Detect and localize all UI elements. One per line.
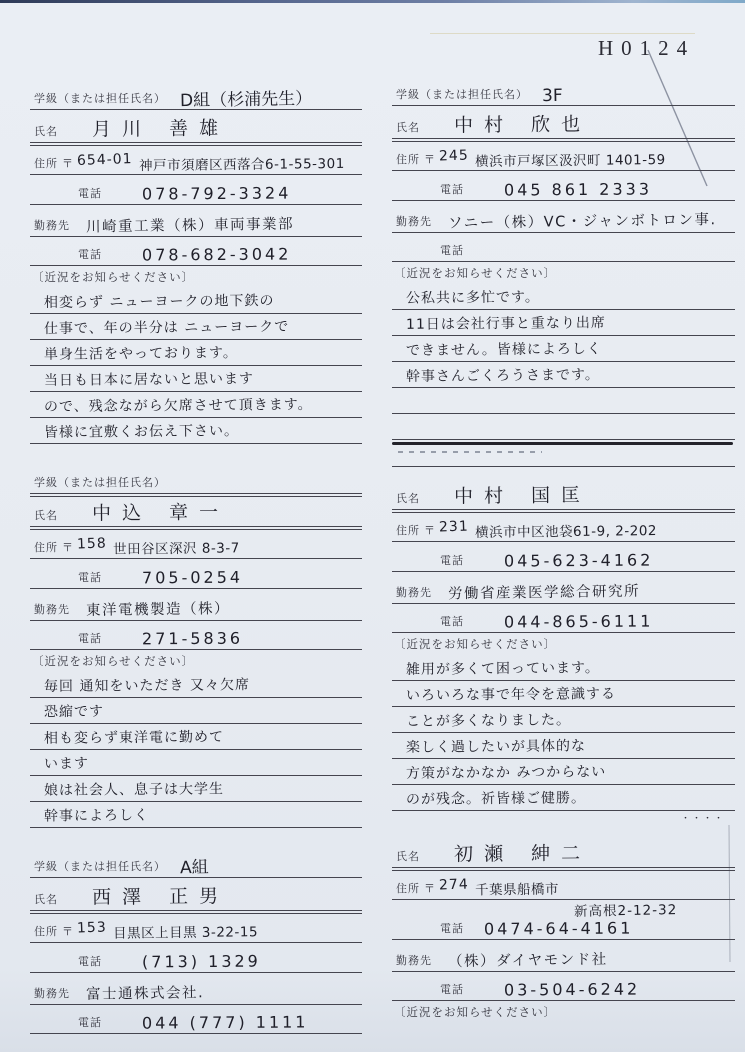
kinkyo-label: 〔近況をお知らせください〕 bbox=[392, 633, 735, 655]
phone-row: 電話新高根2-12-320474-64-4161 bbox=[392, 900, 735, 940]
phone-value: 0474-64-4161 bbox=[484, 918, 633, 938]
postal-value: 231 bbox=[439, 518, 469, 535]
kinkyo-label: 〔近況をお知らせください〕 bbox=[392, 1001, 735, 1023]
class-row: 学級（または担任氏名）A組 bbox=[30, 848, 362, 878]
name-value: 西澤 正男 bbox=[92, 881, 229, 909]
phone-row: 電話(713) 1329 bbox=[30, 943, 362, 973]
name-label: 氏名 bbox=[34, 507, 58, 525]
message-line: 単身生活をやっております。 bbox=[30, 340, 362, 366]
work-label: 勤務先 bbox=[396, 584, 432, 602]
message-text: 仕事で、年の半分は ニューヨークで bbox=[44, 316, 289, 338]
class-value: 3F bbox=[542, 86, 563, 106]
work-phone-value: 044-865-6111 bbox=[504, 611, 653, 631]
message-line: 幹事さんごくろうさまです。 bbox=[392, 362, 735, 388]
message-text: 単身生活をやっております。 bbox=[44, 342, 238, 364]
name-row: 氏名初瀬 紳二 bbox=[392, 835, 735, 868]
class-label: 学級（または担任氏名） bbox=[34, 90, 166, 108]
work-label: 勤務先 bbox=[34, 601, 70, 619]
message-text: 相変らず ニューヨークの地下鉄の bbox=[44, 290, 275, 312]
phone-label: 電話 bbox=[78, 569, 102, 587]
class-label: 学級（または担任氏名） bbox=[34, 858, 166, 876]
address-row: 住所〒158世田谷区深沢 8-3-7 bbox=[30, 527, 362, 559]
kinkyo-label: 〔近況をお知らせください〕 bbox=[392, 262, 735, 284]
address-label: 住所 bbox=[34, 155, 58, 173]
message-text: います bbox=[44, 753, 89, 773]
address-value: 神戸市須磨区西落合6-1-55-301 bbox=[138, 152, 344, 174]
address-label: 住所 bbox=[396, 151, 420, 169]
message-line: 皆様に宜敷くお伝え下さい。 bbox=[30, 418, 362, 444]
phone-label: 電話 bbox=[440, 920, 464, 938]
phone-value: 045 861 2333 bbox=[504, 179, 652, 199]
work-label: 勤務先 bbox=[34, 217, 70, 235]
entry-block: 学級（または担任氏名）3F氏名中村 欣也住所〒245横浜市戸塚区汲沢町 1401… bbox=[392, 76, 735, 467]
message-line: 方策がなかなか みつからない bbox=[392, 759, 735, 785]
postal-mark-icon: 〒 bbox=[58, 923, 75, 941]
work-row: 勤務先（株）ダイヤモンド社 bbox=[392, 940, 735, 972]
work-phone-value: 078-682-3042 bbox=[142, 244, 291, 264]
message-text: 11日は会社行事と重なり出席 bbox=[406, 312, 606, 334]
postal-value: 153 bbox=[77, 919, 107, 936]
work-value: 川崎重工業（株）車両事業部 bbox=[86, 213, 294, 237]
work-value: 東洋電機製造（株） bbox=[86, 597, 230, 620]
name-label: 氏名 bbox=[396, 119, 420, 137]
address-label: 住所 bbox=[34, 923, 58, 941]
name-row: 氏名西澤 正男 bbox=[30, 878, 362, 911]
work-phone-label: 電話 bbox=[78, 1014, 102, 1032]
work-phone-label: 電話 bbox=[78, 246, 102, 264]
work-row: 勤務先東洋電機製造（株） bbox=[30, 589, 362, 621]
work-phone-row: 電話044 (777) 1111 bbox=[30, 1005, 362, 1034]
message-text: 幹事さんごくろうさまです。 bbox=[406, 364, 600, 386]
message-line: 恐縮です bbox=[30, 698, 362, 724]
class-row: 学級（または担任氏名） bbox=[30, 464, 362, 494]
address-row: 住所〒245横浜市戸塚区汲沢町 1401-59 bbox=[392, 139, 735, 171]
class-row: 学級（または担任氏名）3F bbox=[392, 76, 735, 106]
work-label: 勤務先 bbox=[34, 985, 70, 1003]
name-value: 初瀬 紳二 bbox=[454, 838, 591, 866]
postal-value: 158 bbox=[77, 535, 107, 552]
work-phone-row: 電話044-865-6111 bbox=[392, 604, 735, 633]
phone-label: 電話 bbox=[440, 552, 464, 570]
message-line: 幹事によろしく bbox=[30, 802, 362, 828]
message-text: いろいろな事で年令を意識する bbox=[406, 683, 616, 705]
message-line: 相変らず ニューヨークの地下鉄の bbox=[30, 288, 362, 314]
address-row: 住所〒654-01神戸市須磨区西落合6-1-55-301 bbox=[30, 143, 362, 175]
message-text: できません。皆様によろしく bbox=[406, 338, 602, 360]
name-row: 氏名中村 欣也 bbox=[392, 106, 735, 139]
message-text: 当日も日本に居ないと思います bbox=[44, 368, 254, 390]
address-value: 目黒区上目黒 3-22-15 bbox=[113, 920, 258, 942]
message-line: 仕事で、年の半分は ニューヨークで bbox=[30, 314, 362, 340]
phone-value: 705-0254 bbox=[142, 568, 243, 588]
message-text: 方策がなかなか みつからない bbox=[406, 761, 606, 783]
work-phone-row: 電話03-504-6242 bbox=[392, 972, 735, 1001]
message-text: 毎回 通知をいただき 又々欠席 bbox=[44, 674, 250, 696]
entry-block: 氏名初瀬 紳二住所〒274千葉県船橋市電話新高根2-12-320474-64-4… bbox=[392, 835, 735, 1023]
postal-mark-icon: 〒 bbox=[420, 151, 437, 169]
address-row: 住所〒231横浜市中区池袋61-9, 2-202 bbox=[392, 510, 735, 542]
work-value: ソニー（株）VC・ジャンボトロン事. bbox=[448, 208, 717, 233]
work-value: 富士通株式会社. bbox=[86, 981, 204, 1004]
message-line: ので、残念ながら欠席させて頂きます。 bbox=[30, 392, 362, 418]
phone-value: 045-623-4162 bbox=[504, 550, 653, 570]
message-text: 恐縮です bbox=[44, 701, 104, 722]
name-label: 氏名 bbox=[396, 490, 420, 508]
blank-ruled-line bbox=[392, 414, 735, 440]
message-line: 楽しく過したいが具体的な bbox=[392, 733, 735, 759]
name-row: 氏名中村 国匡 bbox=[392, 477, 735, 510]
entry-block: 学級（または担任氏名）D組（杉浦先生）氏名月川 善雄住所〒654-01神戸市須磨… bbox=[30, 80, 362, 444]
work-row: 勤務先労働省産業医学総合研究所 bbox=[392, 572, 735, 604]
scan-artifact-line bbox=[430, 33, 695, 34]
message-text: 皆様に宜敷くお伝え下さい。 bbox=[44, 420, 239, 442]
postal-value: 654-01 bbox=[77, 151, 133, 169]
phone-label: 電話 bbox=[78, 185, 102, 203]
message-line: 11日は会社行事と重なり出席 bbox=[392, 310, 735, 336]
phone-value: (713) 1329 bbox=[142, 952, 261, 972]
class-value: A組 bbox=[180, 853, 209, 878]
work-phone-row: 電話 bbox=[392, 233, 735, 262]
entry-gap bbox=[392, 467, 735, 477]
work-phone-label: 電話 bbox=[440, 613, 464, 631]
work-phone-value: 044 (777) 1111 bbox=[142, 1012, 309, 1032]
phone-stack: 新高根2-12-320474-64-4161 bbox=[478, 899, 677, 938]
name-label: 氏名 bbox=[396, 848, 420, 866]
work-value: （株）ダイヤモンド社 bbox=[448, 948, 608, 971]
kinkyo-label: 〔近況をお知らせください〕 bbox=[30, 266, 362, 288]
message-line: できません。皆様によろしく bbox=[392, 336, 735, 362]
work-phone-label: 電話 bbox=[440, 981, 464, 999]
postal-value: 274 bbox=[439, 876, 469, 893]
erased-row bbox=[392, 440, 735, 467]
name-value: 月川 善雄 bbox=[92, 113, 229, 141]
address-label: 住所 bbox=[396, 880, 420, 898]
message-text: ことが多くなりました。 bbox=[406, 709, 571, 730]
message-line: 相も変らず東洋電に勤めて bbox=[30, 724, 362, 750]
address-extra-value: 新高根2-12-32 bbox=[574, 898, 678, 920]
phone-label: 電話 bbox=[78, 953, 102, 971]
message-text: 相も変らず東洋電に勤めて bbox=[44, 726, 224, 748]
postal-value: 245 bbox=[439, 147, 469, 164]
work-label: 勤務先 bbox=[396, 952, 432, 970]
postal-mark-icon: 〒 bbox=[58, 539, 75, 557]
message-line: 娘は社会人、息子は大学生 bbox=[30, 776, 362, 802]
column-left: 学級（または担任氏名）D組（杉浦先生）氏名月川 善雄住所〒654-01神戸市須磨… bbox=[30, 80, 362, 1034]
work-phone-value: 03-504-6242 bbox=[504, 980, 640, 1000]
message-text: 雑用が多くて困っています。 bbox=[406, 657, 600, 679]
address-label: 住所 bbox=[34, 539, 58, 557]
message-line: 公私共に多忙です。 bbox=[392, 284, 735, 310]
address-value: 横浜市中区池袋61-9, 2-202 bbox=[475, 519, 657, 541]
address-value: 横浜市戸塚区汲沢町 1401-59 bbox=[475, 148, 666, 170]
work-label: 勤務先 bbox=[396, 213, 432, 231]
scan-top-edge bbox=[0, 0, 745, 3]
address-value: 千葉県船橋市 bbox=[475, 878, 559, 899]
message-line: 当日も日本に居ないと思います bbox=[30, 366, 362, 392]
address-value: 世田谷区深沢 8-3-7 bbox=[113, 536, 240, 557]
scan-page: { "page": { "code": "H0124", "bg": "#e8e… bbox=[0, 0, 745, 1052]
phone-row: 電話705-0254 bbox=[30, 559, 362, 589]
message-line: 雑用が多くて困っています。 bbox=[392, 655, 735, 681]
name-row: 氏名月川 善雄 bbox=[30, 110, 362, 143]
work-phone-row: 電話271-5836 bbox=[30, 621, 362, 650]
page-code: H0124 bbox=[598, 36, 695, 61]
work-row: 勤務先富士通株式会社. bbox=[30, 973, 362, 1005]
phone-value: 078-792-3324 bbox=[142, 183, 291, 203]
postal-mark-icon: 〒 bbox=[420, 880, 437, 898]
name-value: 中込 章一 bbox=[92, 497, 229, 525]
address-label: 住所 bbox=[396, 522, 420, 540]
phone-row: 電話045 861 2333 bbox=[392, 171, 735, 201]
class-row: 学級（または担任氏名）D組（杉浦先生） bbox=[30, 80, 362, 110]
address-row: 住所〒153目黒区上目黒 3-22-15 bbox=[30, 911, 362, 943]
name-label: 氏名 bbox=[34, 123, 58, 141]
message-line: いろいろな事で年令を意識する bbox=[392, 681, 735, 707]
entry-block: 氏名中村 国匡住所〒231横浜市中区池袋61-9, 2-202電話045-623… bbox=[392, 477, 735, 823]
message-line: います bbox=[30, 750, 362, 776]
name-label: 氏名 bbox=[34, 891, 58, 909]
class-label: 学級（または担任氏名） bbox=[34, 474, 166, 492]
work-phone-value: 271-5836 bbox=[142, 629, 243, 649]
work-row: 勤務先川崎重工業（株）車両事業部 bbox=[30, 205, 362, 237]
phone-row: 電話045-623-4162 bbox=[392, 542, 735, 572]
phone-label: 電話 bbox=[440, 181, 464, 199]
message-text: 楽しく過したいが具体的な bbox=[406, 735, 586, 757]
phone-row: 電話078-792-3324 bbox=[30, 175, 362, 205]
work-phone-row: 電話078-682-3042 bbox=[30, 237, 362, 266]
message-line: 毎回 通知をいただき 又々欠席 bbox=[30, 672, 362, 698]
message-text: のが残念。祈皆様ご健勝。 bbox=[406, 787, 586, 809]
message-text: ので、残念ながら欠席させて頂きます。 bbox=[44, 394, 313, 416]
postal-mark-icon: 〒 bbox=[58, 155, 75, 173]
entry-gap bbox=[30, 444, 362, 464]
address-row: 住所〒274千葉県船橋市 bbox=[392, 868, 735, 900]
blank-ruled-line bbox=[392, 388, 735, 414]
work-value: 労働省産業医学総合研究所 bbox=[448, 580, 640, 604]
entry-block: 学級（または担任氏名）氏名中込 章一住所〒158世田谷区深沢 8-3-7電話70… bbox=[30, 464, 362, 828]
name-value: 中村 国匡 bbox=[454, 480, 591, 508]
entry-block: 学級（または担任氏名）A組氏名西澤 正男住所〒153目黒区上目黒 3-22-15… bbox=[30, 848, 362, 1034]
message-text: 公私共に多忙です。 bbox=[406, 286, 540, 307]
name-row: 氏名中込 章一 bbox=[30, 494, 362, 527]
work-row: 勤務先ソニー（株）VC・ジャンボトロン事. bbox=[392, 201, 735, 233]
postal-mark-icon: 〒 bbox=[420, 522, 437, 540]
class-value: D組（杉浦先生） bbox=[180, 84, 313, 111]
class-label: 学級（または担任氏名） bbox=[396, 86, 528, 104]
name-value: 中村 欣也 bbox=[454, 109, 591, 137]
column-right: 学級（または担任氏名）3F氏名中村 欣也住所〒245横浜市戸塚区汲沢町 1401… bbox=[392, 76, 735, 1023]
message-line: ことが多くなりました。 bbox=[392, 707, 735, 733]
trailing-dots: ・・・・ bbox=[392, 811, 735, 823]
message-text: 幹事によろしく bbox=[44, 805, 149, 826]
work-phone-label: 電話 bbox=[440, 242, 464, 260]
work-phone-label: 電話 bbox=[78, 630, 102, 648]
message-text: 娘は社会人、息子は大学生 bbox=[44, 778, 224, 800]
message-line: のが残念。祈皆様ご健勝。 bbox=[392, 785, 735, 811]
entry-gap bbox=[392, 823, 735, 835]
entry-gap bbox=[30, 828, 362, 848]
kinkyo-label: 〔近況をお知らせください〕 bbox=[30, 650, 362, 672]
